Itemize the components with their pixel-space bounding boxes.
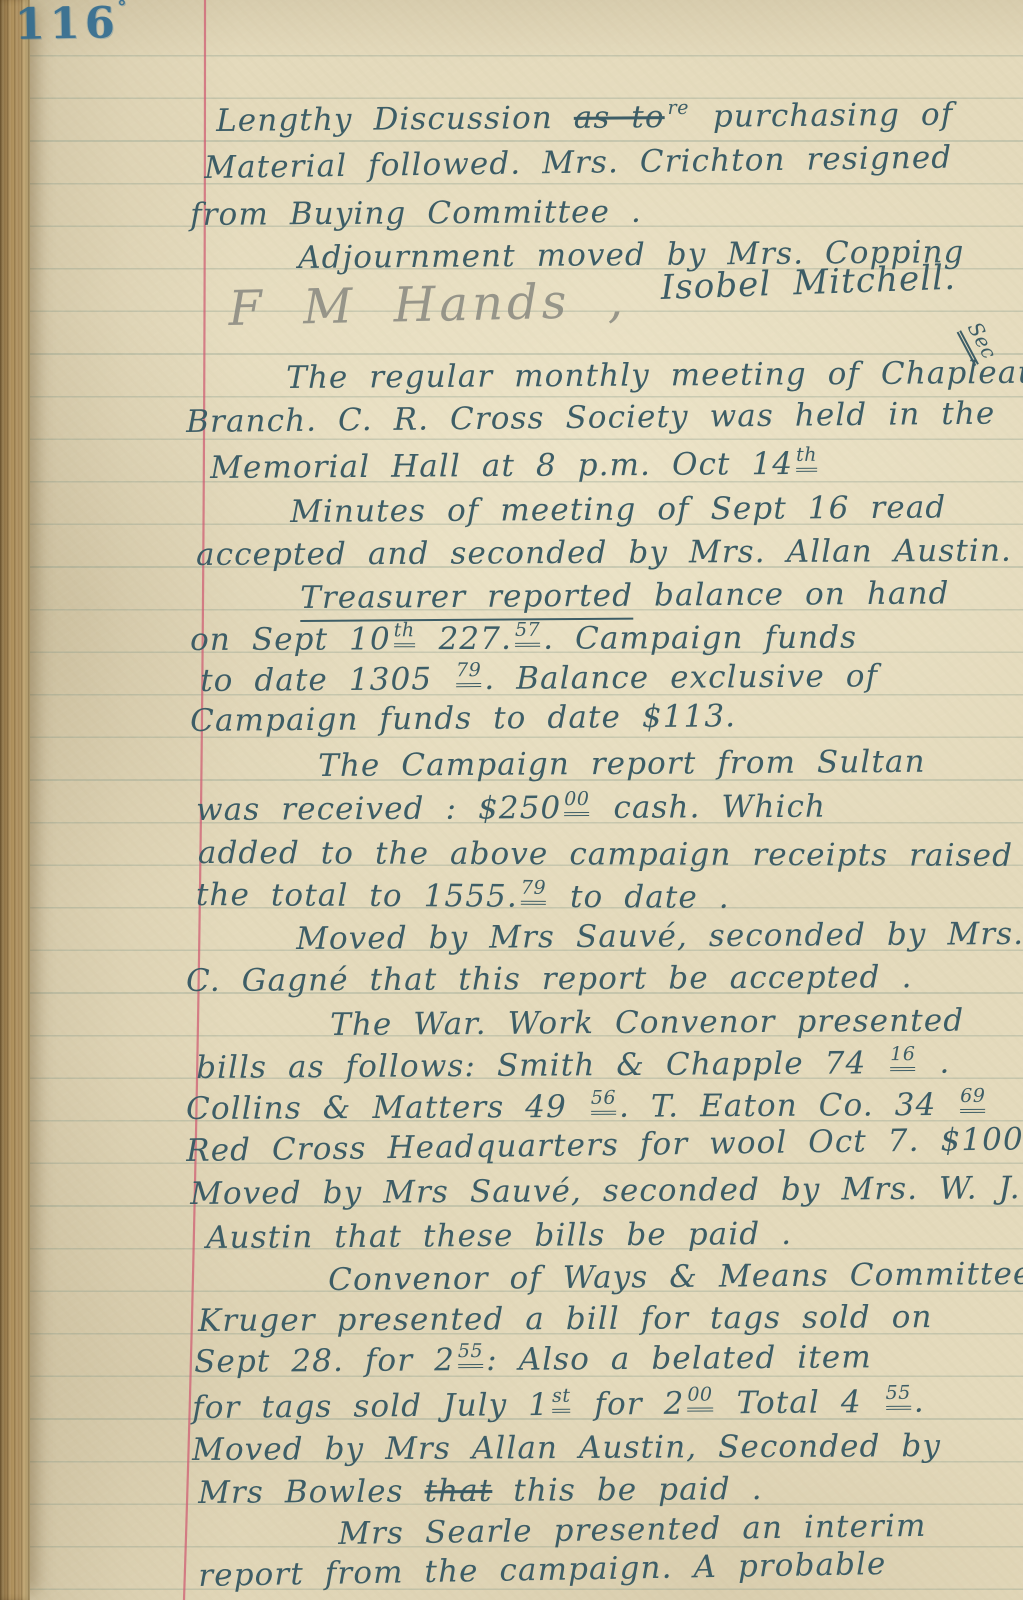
handwritten-line: for tags sold July 1st for 200 Total 4 5… bbox=[192, 1384, 925, 1429]
text-segment: Mrs Bowles bbox=[198, 1473, 425, 1511]
text-segment-sup: re bbox=[667, 97, 689, 120]
handwritten-line: C. Gagné that this report be accepted . bbox=[186, 959, 913, 1000]
text-segment-supu: 69 bbox=[960, 1085, 985, 1113]
handwritten-line: Austin that these bills be paid . bbox=[206, 1216, 792, 1257]
text-segment: for 2 bbox=[573, 1386, 684, 1423]
text-segment: on Sept 10 bbox=[190, 621, 391, 658]
text-segment: Memorial Hall at 8 p.m. Oct 14 bbox=[210, 446, 793, 486]
handwritten-line: bills as follows: Smith & Chapple 74 16 … bbox=[196, 1045, 951, 1089]
handwritten-line: The regular monthly meeting of Chapleau bbox=[286, 355, 1023, 397]
text-segment: bills as follows: Smith & Chapple 74 bbox=[196, 1045, 887, 1086]
text-segment: this be paid . bbox=[492, 1471, 763, 1509]
text-segment-strike: as to bbox=[574, 99, 665, 136]
text-segment-supu: 79 bbox=[456, 659, 481, 687]
text-segment-supu: 55 bbox=[458, 1340, 483, 1368]
text-segment: Sept 28. for 2 bbox=[194, 1342, 455, 1380]
handwritten-line: Treasurer reported balance on hand bbox=[300, 575, 950, 617]
text-segment: . Campaign funds bbox=[543, 620, 857, 657]
handwritten-line: Moved by Mrs Sauvé, seconded by Mrs. W. … bbox=[190, 1170, 1021, 1213]
text-segment-supu: 79 bbox=[521, 877, 546, 905]
handwritten-line: to date 1305 79. Balance exclusive of bbox=[200, 658, 878, 702]
text-segment: cash. Which bbox=[592, 789, 826, 826]
handwritten-line: Kruger presented a bill for tags sold on bbox=[198, 1299, 933, 1340]
handwritten-line: Memorial Hall at 8 p.m. Oct 14th bbox=[210, 446, 820, 489]
handwritten-line: on Sept 10th 227.57. Campaign funds bbox=[190, 620, 857, 661]
handwritten-line: from Buying Committee . bbox=[190, 194, 642, 234]
text-segment: 227. bbox=[418, 621, 513, 657]
handwritten-line: was received : $25000 cash. Which bbox=[196, 789, 826, 831]
text-segment-strike: that bbox=[424, 1473, 492, 1509]
handwritten-line: Branch. C. R. Cross Society was held in … bbox=[186, 396, 996, 442]
text-segment: Total 4 bbox=[716, 1384, 883, 1421]
text-segment: . T. Eaton Co. 34 bbox=[619, 1087, 957, 1125]
text-segment: to date 1305 bbox=[200, 661, 453, 699]
text-segment-supu: st bbox=[552, 1385, 571, 1413]
text-segment-supu: 57 bbox=[515, 619, 540, 647]
handwritten-line: Convenor of Ways & Means Committee, Mrs bbox=[328, 1255, 1023, 1299]
handwritten-line: Material followed. Mrs. Crichton resigne… bbox=[204, 140, 953, 188]
handwritten-line: added to the above campaign receipts rai… bbox=[198, 835, 1013, 875]
handwritten-line: Moved by Mrs Sauvé, seconded by Mrs. bbox=[296, 916, 1023, 958]
text-segment-ul: Treasurer reported bbox=[300, 578, 633, 622]
stamp-mark: ° bbox=[117, 0, 126, 18]
handwritten-line: Minutes of meeting of Sept 16 read bbox=[290, 489, 946, 531]
text-segment: was received : $250 bbox=[196, 790, 561, 828]
handwritten-line: the total to 1555.79 to date . bbox=[196, 877, 730, 919]
text-segment-supu: 00 bbox=[564, 788, 589, 816]
text-segment: purchasing of bbox=[692, 97, 954, 135]
text-segment: balance on hand bbox=[633, 575, 950, 613]
handwritten-line: accepted and seconded by Mrs. Allan Aust… bbox=[196, 533, 1012, 574]
text-segment-supu: 16 bbox=[890, 1043, 915, 1071]
handwritten-line: Moved by Mrs Allan Austin, Seconded by bbox=[192, 1428, 941, 1469]
text-segment-supu: 55 bbox=[885, 1382, 910, 1410]
handwritten-line: report from the campaign. A probable bbox=[198, 1546, 887, 1595]
page-number: 116 bbox=[15, 0, 121, 50]
text-segment-supu: th bbox=[796, 444, 817, 472]
handwritten-line: Sept 28. for 255: Also a belated item bbox=[194, 1339, 872, 1383]
text-segment: to date . bbox=[549, 879, 730, 916]
page-number-stamp: 116° bbox=[15, 0, 128, 47]
text-segment-supu: 56 bbox=[591, 1087, 616, 1115]
text-segment: for tags sold July 1 bbox=[192, 1387, 549, 1426]
handwritten-line: Lengthy Discussion as tore purchasing of bbox=[216, 97, 953, 141]
handwritten-line: Campaign funds to date $113. bbox=[190, 698, 736, 740]
text-segment: Collins & Matters 49 bbox=[186, 1089, 588, 1127]
signature-chairman: F M Hands , bbox=[228, 273, 627, 339]
text-segment: . bbox=[914, 1384, 925, 1420]
ledger-page-scan: 116° Lengthy Discussion as tore purchasi… bbox=[0, 0, 1023, 1600]
text-segment: the total to 1555. bbox=[196, 877, 518, 915]
handwritten-line: The Campaign report from Sultan bbox=[318, 744, 926, 785]
text-segment: . bbox=[918, 1045, 950, 1081]
text-segment-supu: 00 bbox=[687, 1383, 712, 1411]
text-segment: . Balance exclusive of bbox=[484, 658, 878, 697]
handwritten-line: The War. Work Convenor presented bbox=[330, 1003, 964, 1045]
text-segment: Lengthy Discussion bbox=[216, 100, 574, 139]
text-segment: : Also a belated item bbox=[486, 1339, 872, 1378]
binding-edge bbox=[0, 0, 30, 1600]
text-segment-supu: th bbox=[394, 619, 415, 647]
handwritten-line: Mrs Bowles that this be paid . bbox=[198, 1471, 763, 1512]
